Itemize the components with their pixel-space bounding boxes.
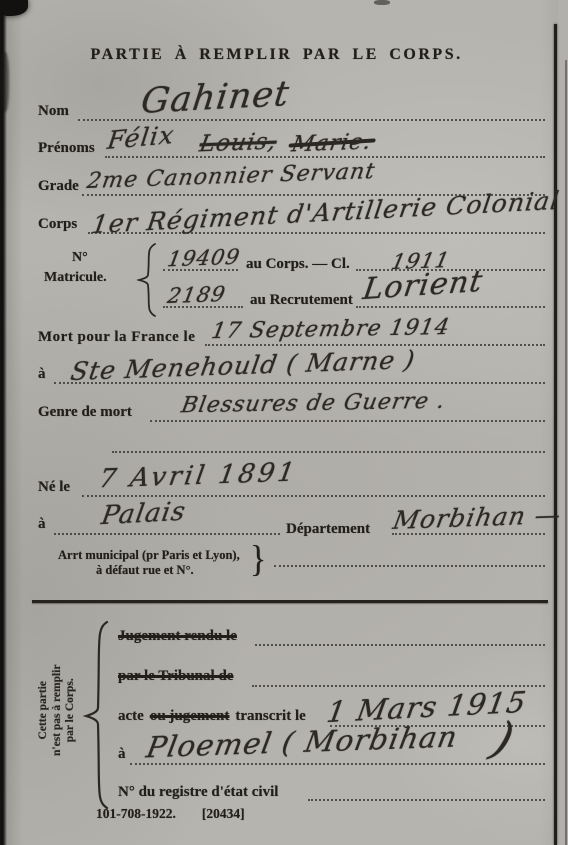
matricule-brace: [136, 243, 158, 317]
footer-imprint: 101-708-1922. [20434]: [96, 806, 245, 822]
prenoms-label: Prénoms: [38, 140, 95, 157]
recrutement-place-value: Lorient: [361, 264, 486, 307]
transcrit-label-rest: transcrit le: [235, 708, 305, 725]
continuation-dotted-line: [112, 451, 545, 453]
matricule-corps-dotted: [163, 269, 238, 271]
departement-value: Morbihan —: [391, 500, 564, 535]
nom-value: Gahinet: [139, 74, 292, 122]
registre-dotted: [308, 799, 545, 801]
naissance-date-dotted: [82, 495, 545, 497]
naissance-date-label: Né le: [38, 479, 70, 496]
sidebar-note-line3: par le Corps.: [64, 625, 78, 795]
scan-right-thin-line: [565, 60, 567, 845]
scanned-death-record-card: PARTIE À REMPLIR PAR LE CORPS. Nom Gahin…: [0, 0, 568, 845]
jugement-dotted: [255, 644, 545, 646]
grade-label: Grade: [38, 178, 79, 195]
naissance-lieu-dotted: [54, 533, 280, 535]
prenoms-value-kept: Félix: [106, 120, 176, 155]
au-recrutement-label: au Recrutement: [250, 292, 353, 309]
transcrit-lieu-label: à: [118, 746, 126, 763]
scan-top-mark: [374, 0, 390, 5]
transcrit-label-acte: acte: [118, 708, 144, 725]
matricule-recrutement-number: 2189: [166, 282, 228, 308]
au-corps-label: au Corps. — Cl.: [246, 256, 350, 273]
matricule-label-word: Matricule.: [44, 270, 107, 286]
naissance-lieu-value: Palais: [99, 497, 188, 531]
registre-label: N° du registre d'état civil: [118, 784, 278, 801]
transcrit-lieu-value: Ploemel ( Morbihan: [144, 720, 461, 765]
recrutement-place-dotted: [356, 306, 545, 308]
mort-date-value: 17 Septembre 1914: [209, 315, 452, 344]
sidebar-note-line2: n'est pas à remplir: [50, 625, 64, 795]
matricule-label-no: N°: [72, 250, 88, 266]
jugement-label: Jugement rendu le: [118, 628, 237, 645]
matricule-recrutement-dotted: [163, 306, 243, 308]
arr-municipal-brace: }: [250, 539, 266, 581]
transcrit-label-row: acte ou jugement transcrit le: [118, 708, 306, 725]
arr-municipal-label-line2: à défaut rue et N°.: [96, 563, 194, 578]
genre-mort-dotted: [150, 420, 545, 422]
prenoms-dotted-line: [105, 156, 545, 158]
section-divider-line: [32, 600, 548, 603]
naissance-lieu-label: à: [38, 516, 46, 533]
scan-left-smudge: [0, 52, 9, 112]
grade-value: 2me Canonnier Servant: [85, 159, 377, 194]
genre-mort-label: Genre de mort: [38, 404, 132, 421]
matricule-corps-number: 19409: [166, 245, 243, 271]
prenoms-value-struck-marie: Marie.: [290, 130, 374, 158]
mort-lieu-value: Ste Menehould ( Marne ): [69, 345, 418, 386]
tribunal-label: par le Tribunal de: [118, 668, 233, 685]
arr-municipal-dotted: [274, 565, 545, 567]
form-title: PARTIE À REMPLIR PAR LE CORPS.: [91, 46, 463, 64]
footer-tirage: [20434]: [202, 806, 245, 822]
transcrit-label-ou-jugement: ou jugement: [150, 708, 230, 725]
nom-label: Nom: [38, 103, 69, 120]
sidebar-note-line1: Cette partie: [37, 625, 51, 795]
arr-municipal-label-line1: Arrt municipal (pr Paris et Lyon),: [58, 548, 240, 563]
mort-lieu-label: à: [38, 366, 46, 383]
sidebar-note: Cette partie n'est pas à remplir par le …: [37, 625, 78, 795]
genre-mort-value: Blessures de Guerre .: [179, 389, 447, 419]
footer-code: 101-708-1922.: [96, 806, 176, 822]
scan-left-edge: [0, 0, 7, 845]
corps-label: Corps: [38, 216, 77, 233]
transcrit-lieu-dotted: [130, 763, 545, 765]
lower-section-brace: [84, 620, 110, 810]
scan-corner-smudge: [0, 0, 28, 16]
card-right-border-line: [554, 24, 557, 845]
mort-date-label: Mort pour la France le: [38, 329, 195, 346]
naissance-date-value: 7 Avril 1891: [97, 458, 300, 495]
departement-label: Département: [286, 521, 370, 538]
prenoms-value-struck-louis: Louis,: [197, 129, 279, 158]
